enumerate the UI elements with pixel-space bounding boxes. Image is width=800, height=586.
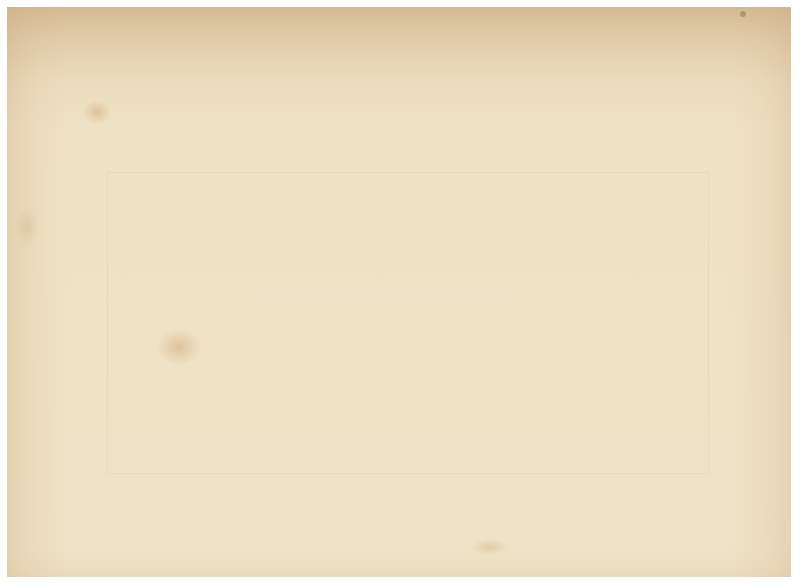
corner-speck — [740, 11, 746, 17]
aged-paper-sheet — [7, 7, 791, 577]
faint-plate-mark — [107, 172, 709, 474]
